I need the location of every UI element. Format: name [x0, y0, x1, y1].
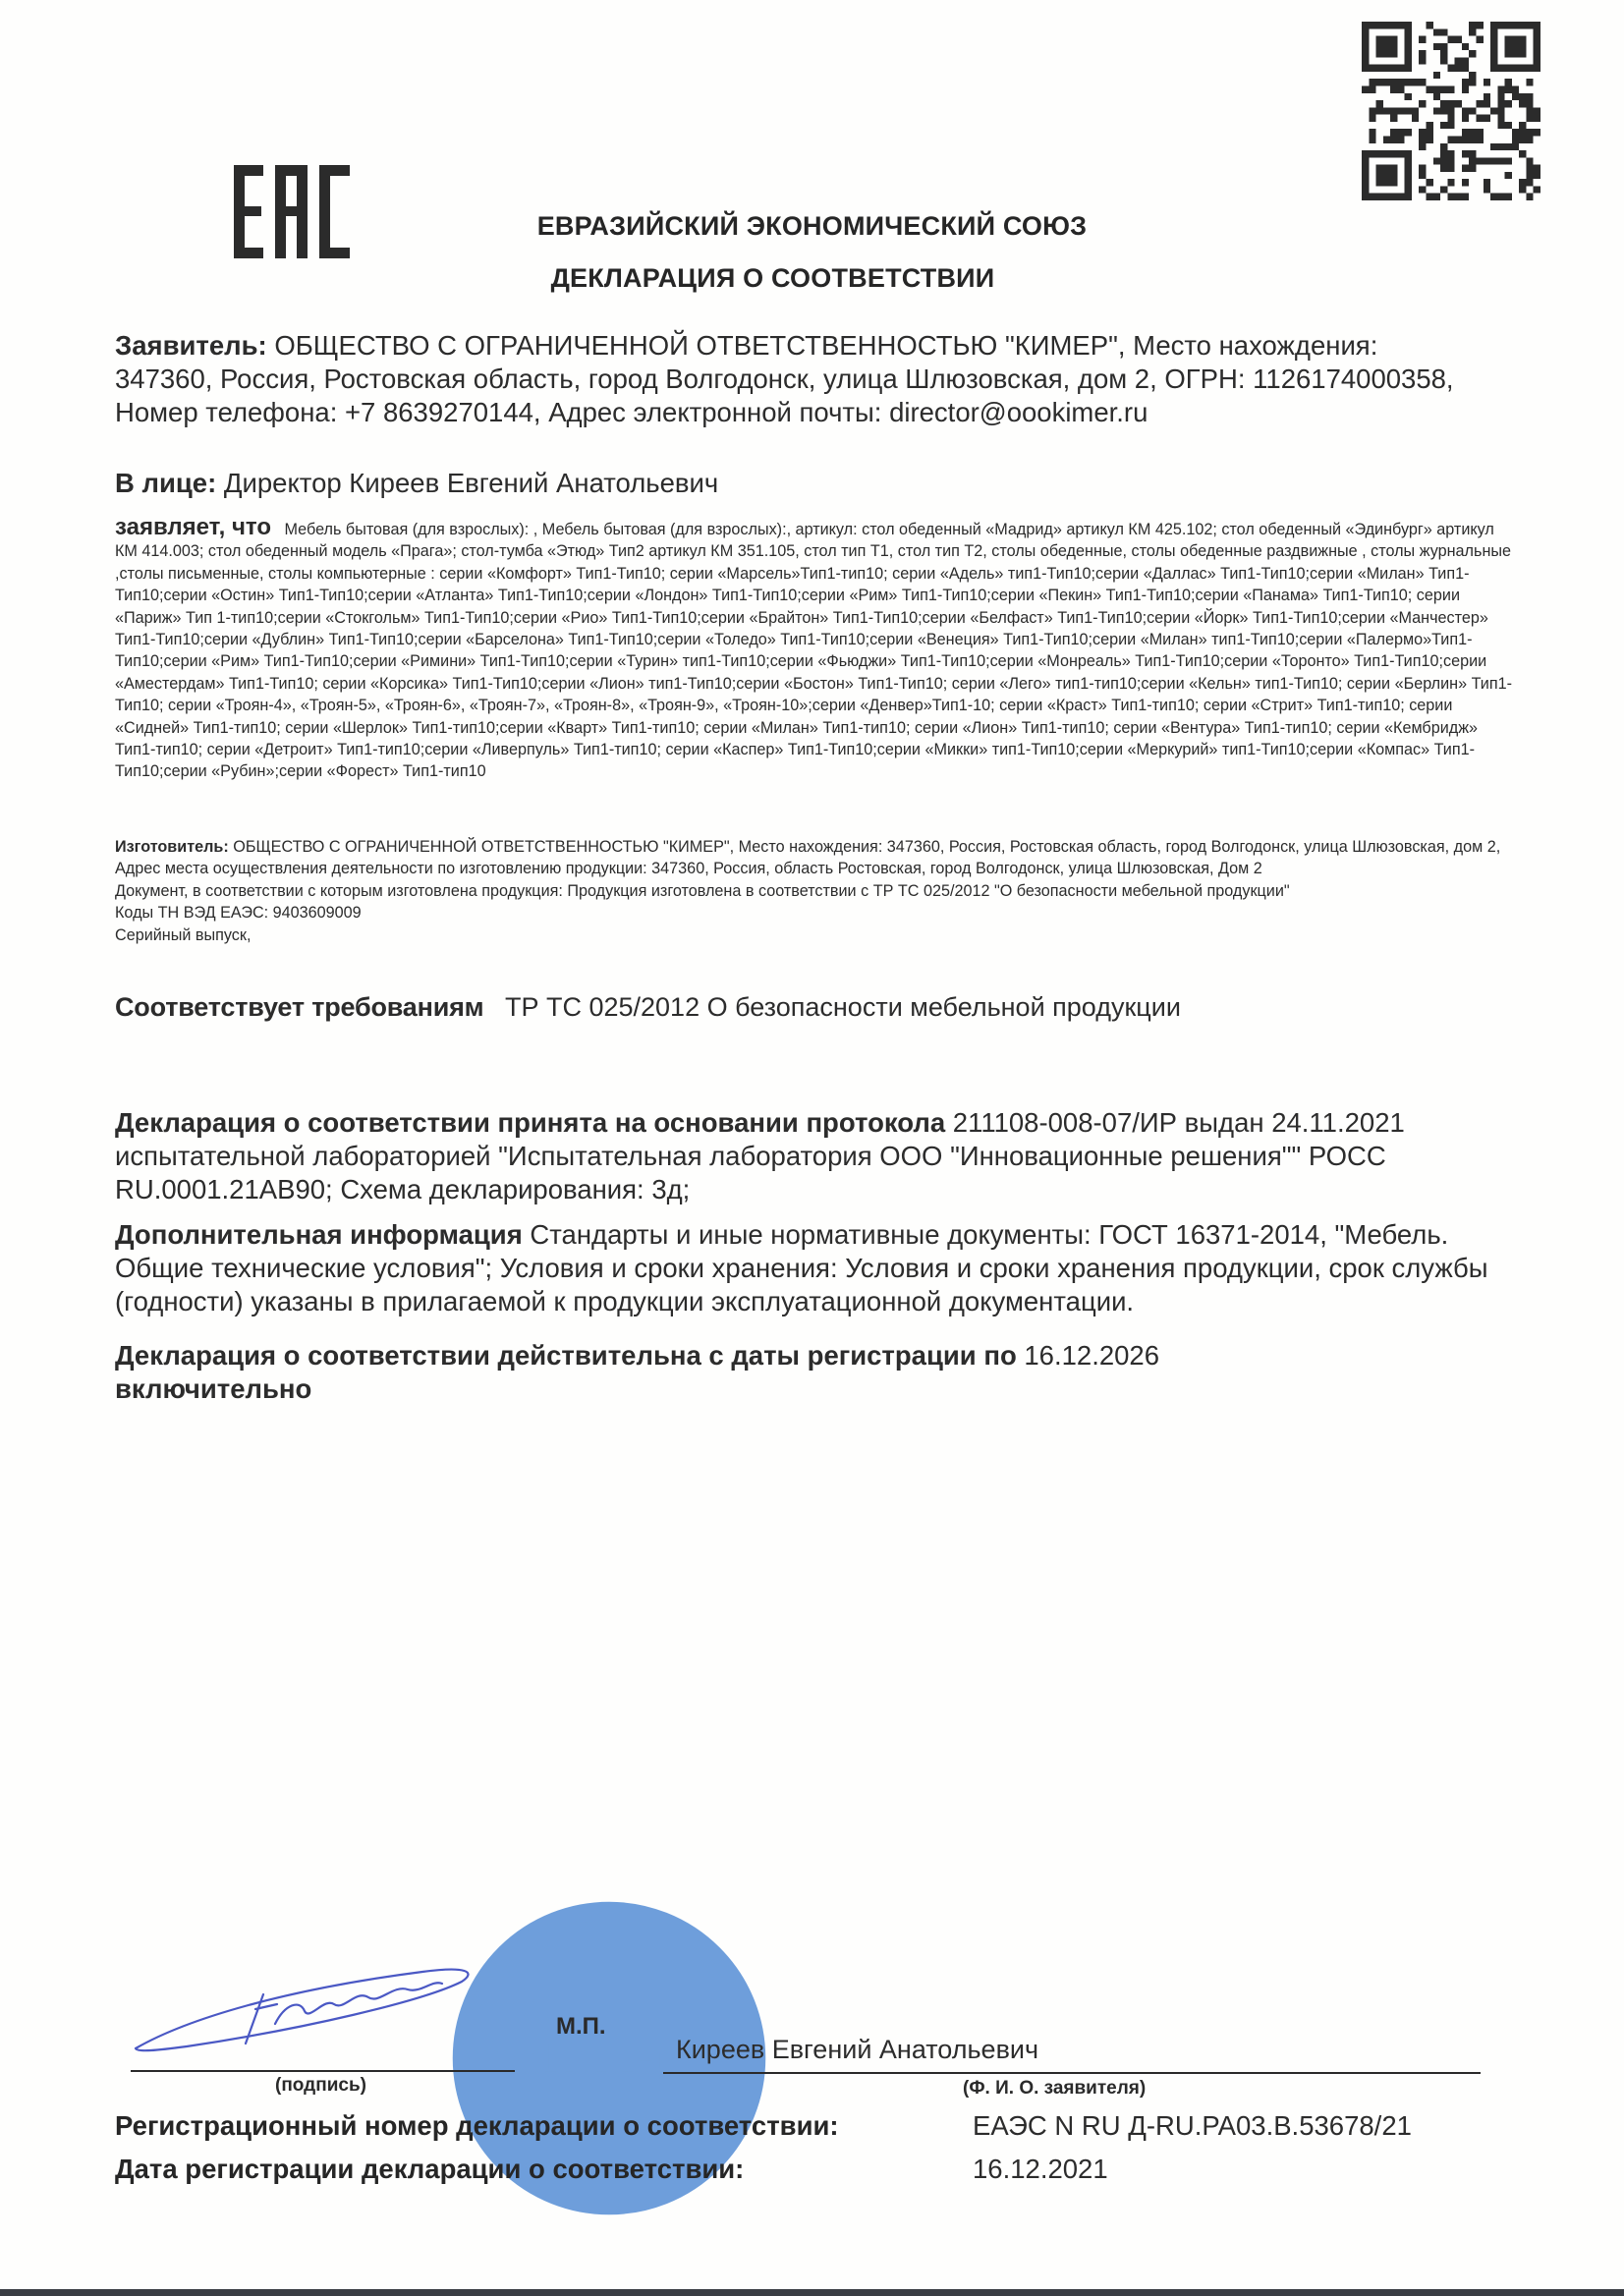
document-title: ДЕКЛАРАЦИЯ О СООТВЕТСТВИИ [0, 263, 1585, 294]
signer-name: Киреев Евгений Анатольевич [676, 2035, 1038, 2065]
signature-line [131, 2070, 515, 2072]
validity-section: Декларация о соответствии действительна … [115, 1339, 1392, 1406]
manufacturer-section: Изготовитель: ОБЩЕСТВО С ОГРАНИЧЕННОЙ ОТ… [115, 836, 1520, 946]
qr-code-icon[interactable] [1359, 22, 1543, 200]
declaration-page: ЕВРАЗИЙСКИЙ ЭКОНОМИЧЕСКИЙ СОЮЗ ДЕКЛАРАЦИ… [0, 0, 1624, 2289]
hs-codes: Коды ТН ВЭД ЕАЭС: 9403609009 [115, 902, 1520, 924]
handwritten-signature-icon [128, 1950, 481, 2058]
basis-label: Декларация о соответствии принята на осн… [115, 1107, 945, 1138]
name-caption: (Ф. И. О. заявителя) [963, 2078, 1146, 2100]
additional-info-section: Дополнительная информация Стандарты и ин… [115, 1218, 1490, 1318]
union-title: ЕВРАЗИЙСКИЙ ЭКОНОМИЧЕСКИЙ СОЮЗ [0, 211, 1624, 242]
on-behalf-text: Директор Киреев Евгений Анатольевич [224, 468, 718, 498]
registration-number-value: ЕАЭС N RU Д-RU.PA03.B.53678/21 [973, 2110, 1412, 2142]
basis-section: Декларация о соответствии принята на осн… [115, 1106, 1481, 1206]
manufacturer-label: Изготовитель: [115, 838, 229, 856]
manufacturing-document: Документ, в соответствии с которым изгот… [115, 880, 1520, 902]
product-description: Мебель бытовая (для взрослых): , Мебель … [115, 521, 1512, 780]
registration-date-value: 16.12.2021 [973, 2154, 1108, 2185]
validity-date: 16.12.2026 [1024, 1340, 1159, 1371]
conforms-value: ТР ТС 025/2012 О безопасности мебельной … [505, 992, 1181, 1022]
signature-caption: (подпись) [275, 2075, 366, 2097]
on-behalf-label: В лице: [115, 468, 216, 498]
conforms-label: Соответствует требованиям [115, 992, 483, 1022]
name-line [663, 2072, 1481, 2074]
conforms-section: Соответствует требованиям ТР ТС 025/2012… [115, 992, 1510, 1023]
manufacturer-text: ОБЩЕСТВО С ОГРАНИЧЕННОЙ ОТВЕТСТВЕННОСТЬЮ… [115, 838, 1500, 877]
registration-number-label: Регистрационный номер декларации о соотв… [115, 2110, 839, 2142]
applicant-label: Заявитель: [115, 330, 267, 361]
registration-date-label: Дата регистрации декларации о соответств… [115, 2154, 744, 2185]
additional-label: Дополнительная информация [115, 1219, 523, 1250]
production-type: Серийный выпуск, [115, 924, 1520, 946]
validity-suffix: включительно [115, 1373, 311, 1404]
scan-edge [0, 2289, 1624, 2296]
applicant-text: ОБЩЕСТВО С ОГРАНИЧЕННОЙ ОТВЕТСТВЕННОСТЬЮ… [115, 330, 1454, 427]
on-behalf-section: В лице: Директор Киреев Евгений Анатолье… [115, 467, 1510, 500]
validity-label: Декларация о соответствии действительна … [115, 1340, 1017, 1371]
stamp-place-mark: М.П. [556, 2013, 606, 2041]
declares-section: заявляет, что Мебель бытовая (для взросл… [115, 517, 1520, 783]
declares-label: заявляет, что [115, 514, 271, 540]
applicant-section: Заявитель: ОБЩЕСТВО С ОГРАНИЧЕННОЙ ОТВЕТ… [115, 329, 1481, 429]
